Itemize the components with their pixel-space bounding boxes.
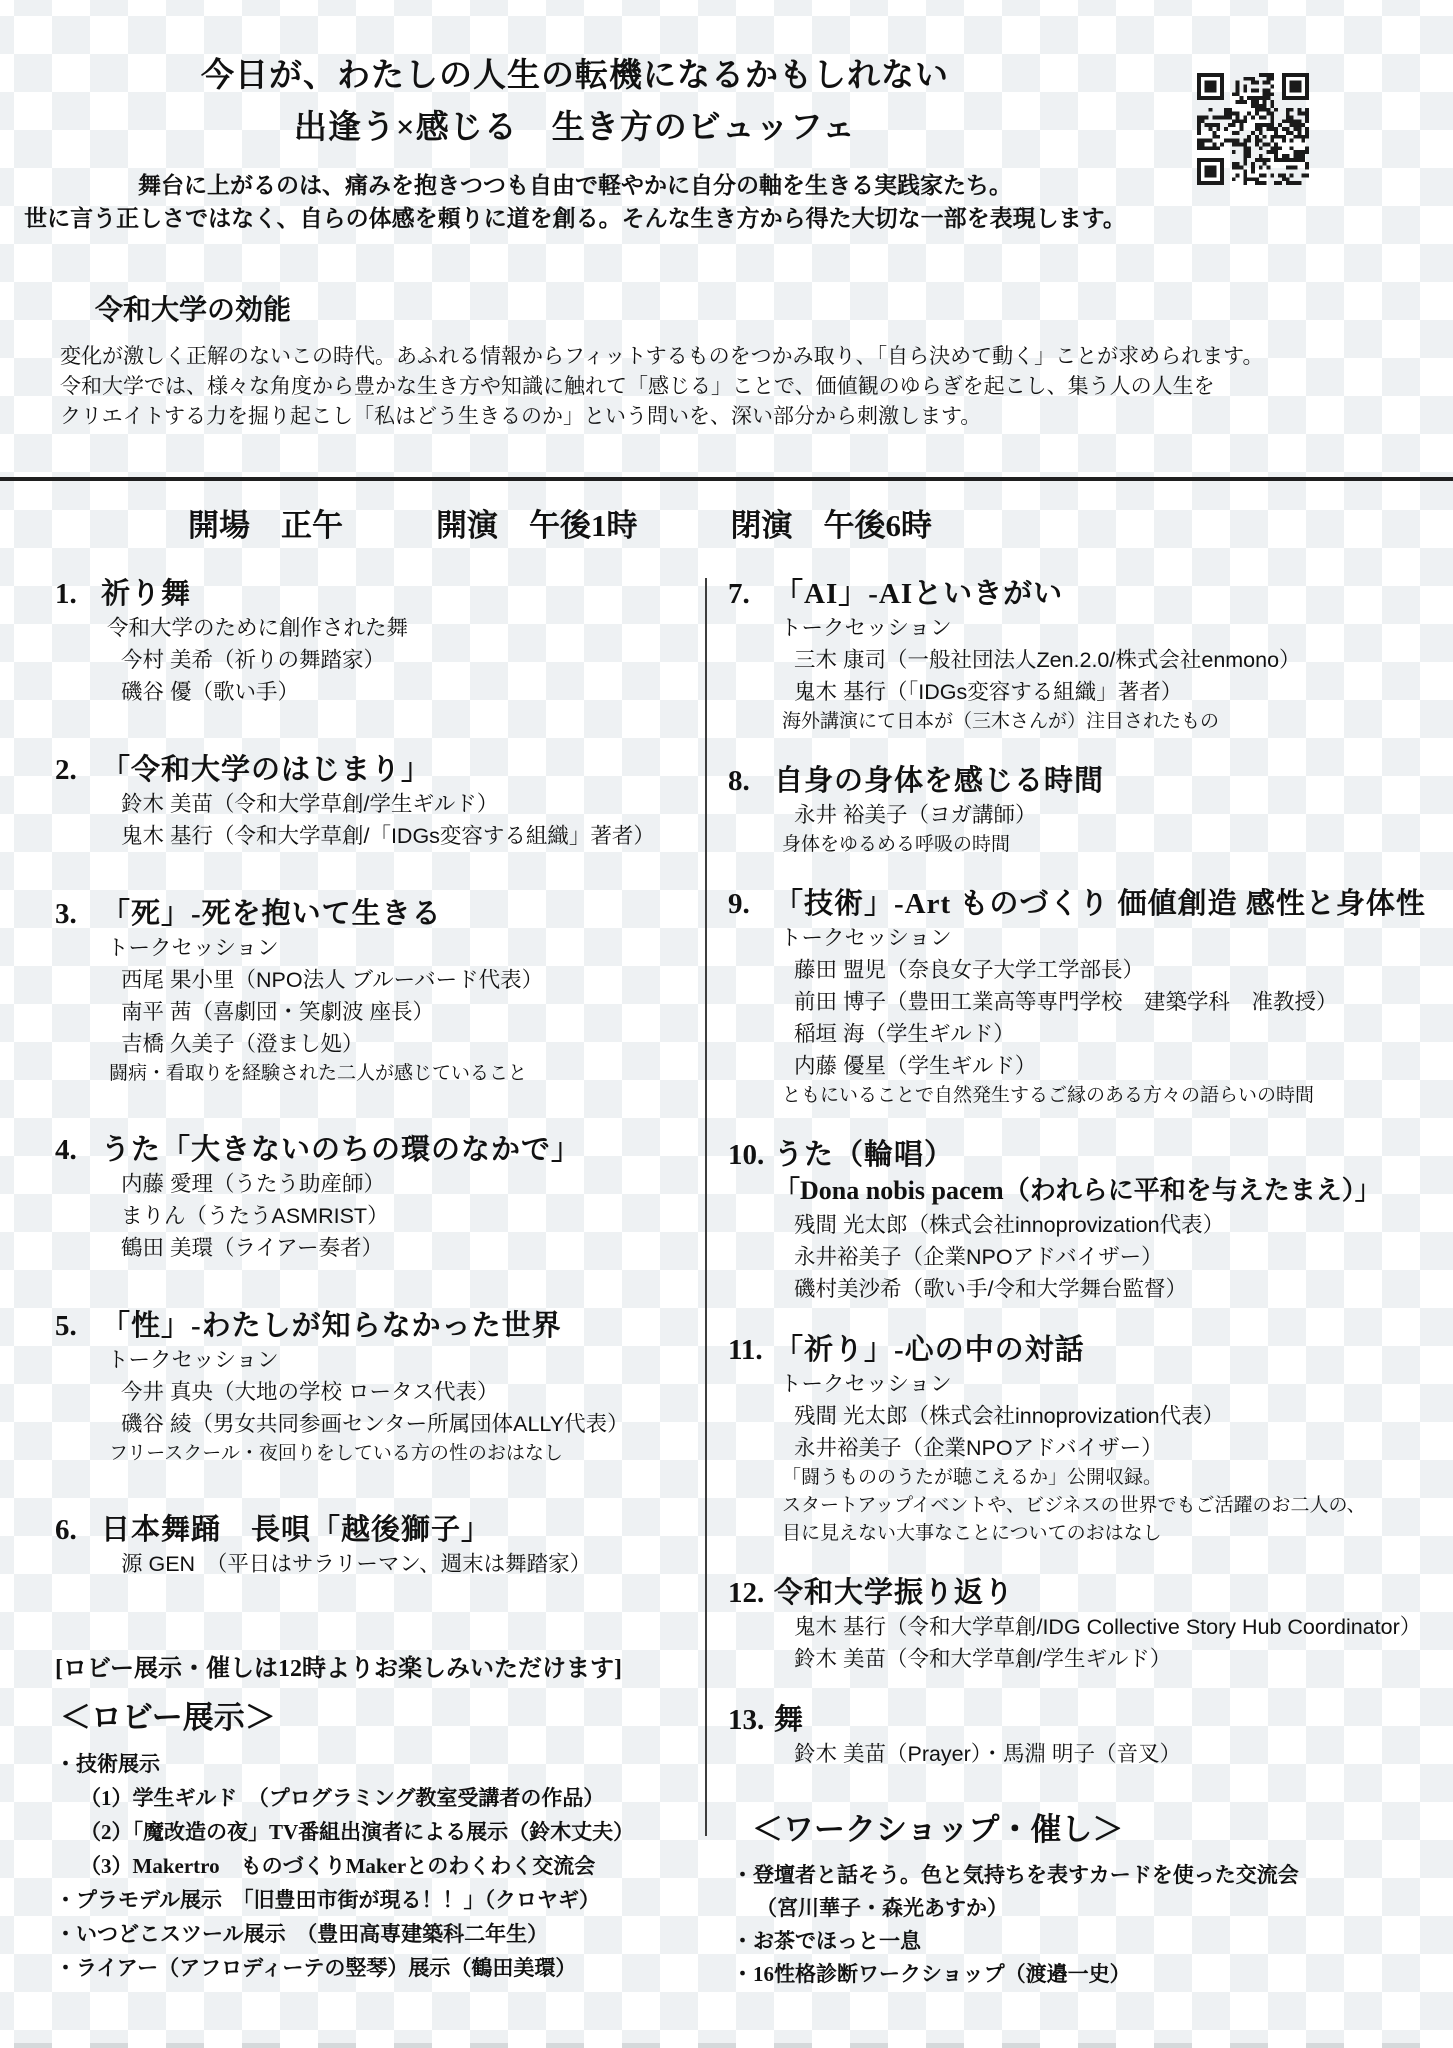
item-lines: 令和大学のために創作された舞 今村 美希（祈りの舞踏家） 磯谷 優（歌い手） <box>101 612 706 708</box>
lobby-item: ・プラモデル展示 「旧豊田市街が現る！！」（クロヤギ） <box>55 1883 706 1917</box>
workshop-heading: ＜ワークショップ・催し＞ <box>752 1810 1453 1850</box>
program-line: 鈴木 美苗（令和大学草創/学生ギルド） <box>774 1643 1453 1675</box>
lobby-item: ・ライアー（アフロディーテの竪琴）展示（鶴田美環） <box>55 1951 706 1985</box>
item-lines: 源 GEN （平日はサラリーマン、週末は舞踏家） <box>101 1548 706 1580</box>
program-line: まりん（うたうASMRIST） <box>101 1200 706 1232</box>
qr-code-graphic <box>1197 73 1309 185</box>
item-lines: 鈴木 美苗（Prayer）・馬淵 明子（音叉） <box>774 1738 1453 1770</box>
item-number: 11. <box>728 1332 763 1368</box>
program-line: 源 GEN （平日はサラリーマン、週末は舞踏家） <box>101 1548 706 1580</box>
intro-text: 舞台に上がるのは、痛みを抱きつつも自由で軽やかに自分の軸を生きる実践家たち。世に… <box>0 169 1150 235</box>
program-line: 永井 裕美子（ヨガ講師） <box>774 799 1453 831</box>
about-body: 変化が激しく正解のないこの時代。あふれる情報からフィットするものをつかみ取り、「… <box>60 342 1430 432</box>
program-item: 13. 舞 鈴木 美苗（Prayer）・馬淵 明子（音叉） <box>728 1702 1453 1770</box>
program-item: 10. うた（輪唱） 「Dona nobis pacem（われらに平和を与えたま… <box>728 1137 1453 1305</box>
item-title: 「死」-死を抱いて生きる <box>101 896 706 932</box>
program-line: 鬼木 基行（令和大学草創/IDG Collective Story Hub Co… <box>774 1611 1453 1643</box>
program-line: 永井裕美子（企業NPOアドバイザー） <box>774 1432 1453 1464</box>
program-line: 内藤 優星（学生ギルド） <box>774 1050 1453 1082</box>
workshop-item: （宮川華子・森光あすか） <box>732 1892 1453 1925</box>
item-lines: トークセッション 残間 光太郎（株式会社innoprovization代表） 永… <box>774 1368 1453 1548</box>
program-line: トークセッション <box>774 612 1453 644</box>
page-bottom-edge <box>14 2043 1453 2048</box>
about-section: 令和大学の効能 変化が激しく正解のないこの時代。あふれる情報からフィットするもの… <box>60 293 1430 432</box>
workshop-item: ・お茶でほっと一息 <box>732 1925 1453 1958</box>
program-line: トークセッション <box>774 922 1453 954</box>
intro-line: 舞台に上がるのは、痛みを抱きつつも自由で軽やかに自分の軸を生きる実践家たち。 <box>0 169 1150 202</box>
item-title: 日本舞踊 長唄「越後獅子」 <box>101 1512 706 1548</box>
program-item: 4. うた「大きないのちの環のなかで」 内藤 愛理（うたう助産師） まりん（うた… <box>55 1132 706 1264</box>
program-item: 8. 自身の身体を感じる時間 永井 裕美子（ヨガ講師） 身体をゆるめる呼吸の時間 <box>728 763 1453 859</box>
program-line: 稲垣 海（学生ギルド） <box>774 1018 1453 1050</box>
event-title-line1: 今日が、わたしの人生の転機になるかもしれない <box>0 50 1150 102</box>
program-line: 南平 茜（喜劇団・笑劇波 座長） <box>101 996 706 1028</box>
program-line: 鬼木 基行（令和大学草創/「IDGs変容する組織」著者） <box>101 820 706 852</box>
workshop-item: ・登壇者と話そう。色と気持ちを表すカードを使った交流会 <box>732 1859 1453 1892</box>
item-number: 10. <box>728 1137 764 1173</box>
program-columns: 1. 祈り舞 令和大学のために創作された舞 今村 美希（祈りの舞踏家） 磯谷 優… <box>0 576 1453 1991</box>
item-number: 4. <box>55 1132 77 1168</box>
program-line: ともにいることで自然発生するご縁のある方々の語らいの時間 <box>774 1082 1453 1110</box>
item-title: うた「大きないのちの環のなかで」 <box>101 1132 706 1168</box>
program-line: 鬼木 基行（「IDGs変容する組織」著者） <box>774 676 1453 708</box>
program-line: 三木 康司（一般社団法人Zen.2.0/株式会社enmono） <box>774 644 1453 676</box>
program-column-left: 1. 祈り舞 令和大学のために創作された舞 今村 美希（祈りの舞踏家） 磯谷 優… <box>0 576 706 1985</box>
times-line: 開場 正午 開演 午後1時 閉演 午後6時 <box>0 506 1120 546</box>
program-line: 今井 真央（大地の学校 ロータス代表） <box>101 1376 706 1408</box>
program-item: 7. 「AI」-AIといきがい トークセッション 三木 康司（一般社団法人Zen… <box>728 576 1453 736</box>
program-line: 吉橋 久美子（澄まし処） <box>101 1028 706 1060</box>
item-number: 3. <box>55 896 77 932</box>
program-line: 目に見えない大事なことについてのおはなし <box>774 1520 1453 1548</box>
program-line: 西尾 果小里（NPO法人 ブルーバード代表） <box>101 964 706 996</box>
item-number: 13. <box>728 1702 764 1738</box>
item-lines: 「Dona nobis pacem（われらに平和を与えたまえ）」 残間 光太郎（… <box>774 1173 1453 1305</box>
program-list-left: 1. 祈り舞 令和大学のために創作された舞 今村 美希（祈りの舞踏家） 磯谷 優… <box>55 576 706 1580</box>
about-heading: 令和大学の効能 <box>95 293 1430 329</box>
item-lines: トークセッション 今井 真央（大地の学校 ロータス代表） 磯谷 綾（男女共同参画… <box>101 1344 706 1468</box>
item-lines: 鈴木 美苗（令和大学草創/学生ギルド） 鬼木 基行（令和大学草創/「IDGs変容… <box>101 788 706 852</box>
program-item: 11. 「祈り」-心の中の対話 トークセッション 残間 光太郎（株式会社inno… <box>728 1332 1453 1548</box>
program-line: 鈴木 美苗（Prayer）・馬淵 明子（音叉） <box>774 1738 1453 1770</box>
lobby-list: ・技術展示（1）学生ギルド （プログラミング教室受講者の作品）（2）「魔改造の夜… <box>55 1747 706 1985</box>
event-flyer: 今日が、わたしの人生の転機になるかもしれない 出逢う×感じる 生き方のビュッフェ… <box>0 0 1453 2048</box>
item-lines: 内藤 愛理（うたう助産師） まりん（うたうASMRIST） 鶴田 美環（ライアー… <box>101 1168 706 1264</box>
program-line: 令和大学のために創作された舞 <box>101 612 706 644</box>
lobby-item: （3）Makertro ものづくりMakerとのわくわく交流会 <box>55 1849 706 1883</box>
program-item: 3. 「死」-死を抱いて生きる トークセッション 西尾 果小里（NPO法人 ブル… <box>55 896 706 1088</box>
item-lines: トークセッション 西尾 果小里（NPO法人 ブルーバード代表） 南平 茜（喜劇団… <box>101 932 706 1088</box>
lobby-item: （1）学生ギルド （プログラミング教室受講者の作品） <box>55 1781 706 1815</box>
header: 今日が、わたしの人生の転機になるかもしれない 出逢う×感じる 生き方のビュッフェ… <box>0 50 1150 235</box>
item-number: 2. <box>55 752 77 788</box>
qr-code <box>1197 73 1309 185</box>
program-line: トークセッション <box>101 932 706 964</box>
program-item: 6. 日本舞踊 長唄「越後獅子」 源 GEN （平日はサラリーマン、週末は舞踏家… <box>55 1512 706 1580</box>
item-title: 自身の身体を感じる時間 <box>774 763 1453 799</box>
lobby-item: ・技術展示 <box>55 1747 706 1781</box>
item-title: 「技術」-Art ものづくり 価値創造 感性と身体性 <box>774 886 1453 922</box>
about-body-line: クリエイトする力を掘り起こし「私はどう生きるのか」という問いを、深い部分から刺激… <box>60 402 1430 432</box>
program-item: 12. 令和大学振り返り 鬼木 基行（令和大学草創/IDG Collective… <box>728 1575 1453 1675</box>
program-line: 身体をゆるめる呼吸の時間 <box>774 831 1453 859</box>
program-line: 藤田 盟児（奈良女子大学工学部長） <box>774 954 1453 986</box>
about-body-line: 令和大学では、様々な角度から豊かな生き方や知識に触れて「感じる」ことで、価値観の… <box>60 372 1430 402</box>
program-line: 磯谷 綾（男女共同参画センター所属団体ALLY代表） <box>101 1408 706 1440</box>
workshop-item: ・16性格診断ワークショップ（渡邉一史） <box>732 1958 1453 1991</box>
lobby-notice: [ロビー展示・催しは12時よりお楽しみいただけます] <box>55 1654 706 1684</box>
program-item: 5. 「性」-わたしが知らなかった世界 トークセッション 今井 真央（大地の学校… <box>55 1308 706 1468</box>
lobby-heading: ＜ロビー展示＞ <box>60 1698 706 1738</box>
program-line: 永井裕美子（企業NPOアドバイザー） <box>774 1241 1453 1273</box>
item-title: 「令和大学のはじまり」 <box>101 752 706 788</box>
program-item: 2. 「令和大学のはじまり」 鈴木 美苗（令和大学草創/学生ギルド） 鬼木 基行… <box>55 752 706 852</box>
program-line: 前田 博子（豊田工業高等専門学校 建築学科 准教授） <box>774 986 1453 1018</box>
item-title: 「祈り」-心の中の対話 <box>774 1332 1453 1368</box>
item-title: 「AI」-AIといきがい <box>774 576 1453 612</box>
program-line: 鈴木 美苗（令和大学草創/学生ギルド） <box>101 788 706 820</box>
item-lines: 永井 裕美子（ヨガ講師） 身体をゆるめる呼吸の時間 <box>774 799 1453 859</box>
lobby-item: ・いつどこスツール展示 （豊田高専建築科二年生） <box>55 1917 706 1951</box>
program-line: トークセッション <box>101 1344 706 1376</box>
program-list-right: 7. 「AI」-AIといきがい トークセッション 三木 康司（一般社団法人Zen… <box>728 576 1453 1770</box>
item-title: 舞 <box>774 1702 1453 1738</box>
item-number: 7. <box>728 576 750 612</box>
program-line: 残間 光太郎（株式会社innoprovization代表） <box>774 1209 1453 1241</box>
event-title-line2: 出逢う×感じる 生き方のビュッフェ <box>0 102 1150 154</box>
item-number: 12. <box>728 1575 764 1611</box>
program-line: 「闘うもののうたが聴こえるか」公開収録。 <box>774 1464 1453 1492</box>
program-line: 今村 美希（祈りの舞踏家） <box>101 644 706 676</box>
item-lines: トークセッション 三木 康司（一般社団法人Zen.2.0/株式会社enmono）… <box>774 612 1453 736</box>
item-number: 1. <box>55 576 77 612</box>
item-title: うた（輪唱） <box>774 1137 1453 1173</box>
program-line: トークセッション <box>774 1368 1453 1400</box>
workshop-list: ・登壇者と話そう。色と気持ちを表すカードを使った交流会（宮川華子・森光あすか）・… <box>728 1859 1453 1991</box>
program-column-right: 7. 「AI」-AIといきがい トークセッション 三木 康司（一般社団法人Zen… <box>706 576 1453 1991</box>
intro-line: 世に言う正しさではなく、自らの体感を頼りに道を創る。そんな生き方から得た大切な一… <box>0 202 1150 235</box>
item-number: 8. <box>728 763 750 799</box>
program-item: 9. 「技術」-Art ものづくり 価値創造 感性と身体性 トークセッション 藤… <box>728 886 1453 1110</box>
item-title: 令和大学振り返り <box>774 1575 1453 1611</box>
item-number: 5. <box>55 1308 77 1344</box>
program-item: 1. 祈り舞 令和大学のために創作された舞 今村 美希（祈りの舞踏家） 磯谷 優… <box>55 576 706 708</box>
program-line: 残間 光太郎（株式会社innoprovization代表） <box>774 1400 1453 1432</box>
program-line: フリースクール・夜回りをしている方の性のおはなし <box>101 1440 706 1468</box>
item-title: 祈り舞 <box>101 576 706 612</box>
item-lines: トークセッション 藤田 盟児（奈良女子大学工学部長） 前田 博子（豊田工業高等専… <box>774 922 1453 1110</box>
program-line: 磯谷 優（歌い手） <box>101 676 706 708</box>
program-line: スタートアップイベントや、ビジネスの世界でもご活躍のお二人の、 <box>774 1492 1453 1520</box>
item-lines: 鬼木 基行（令和大学草創/IDG Collective Story Hub Co… <box>774 1611 1453 1675</box>
about-body-line: 変化が激しく正解のないこの時代。あふれる情報からフィットするものをつかみ取り、「… <box>60 342 1430 372</box>
program-line: 「Dona nobis pacem（われらに平和を与えたまえ）」 <box>774 1173 1453 1209</box>
program-line: 内藤 愛理（うたう助産師） <box>101 1168 706 1200</box>
program-line: 磯村美沙希（歌い手/令和大学舞台監督） <box>774 1273 1453 1305</box>
program-line: 鶴田 美環（ライアー奏者） <box>101 1232 706 1264</box>
program-line: 海外講演にて日本が（三木さんが）注目されたもの <box>774 708 1453 736</box>
item-number: 9. <box>728 886 750 922</box>
lobby-item: （2）「魔改造の夜」TV番組出演者による展示（鈴木丈夫） <box>55 1815 706 1849</box>
item-title: 「性」-わたしが知らなかった世界 <box>101 1308 706 1344</box>
section-divider-rule <box>0 477 1453 481</box>
program-line: 闘病・看取りを経験された二人が感じていること <box>101 1060 706 1088</box>
item-number: 6. <box>55 1512 77 1548</box>
